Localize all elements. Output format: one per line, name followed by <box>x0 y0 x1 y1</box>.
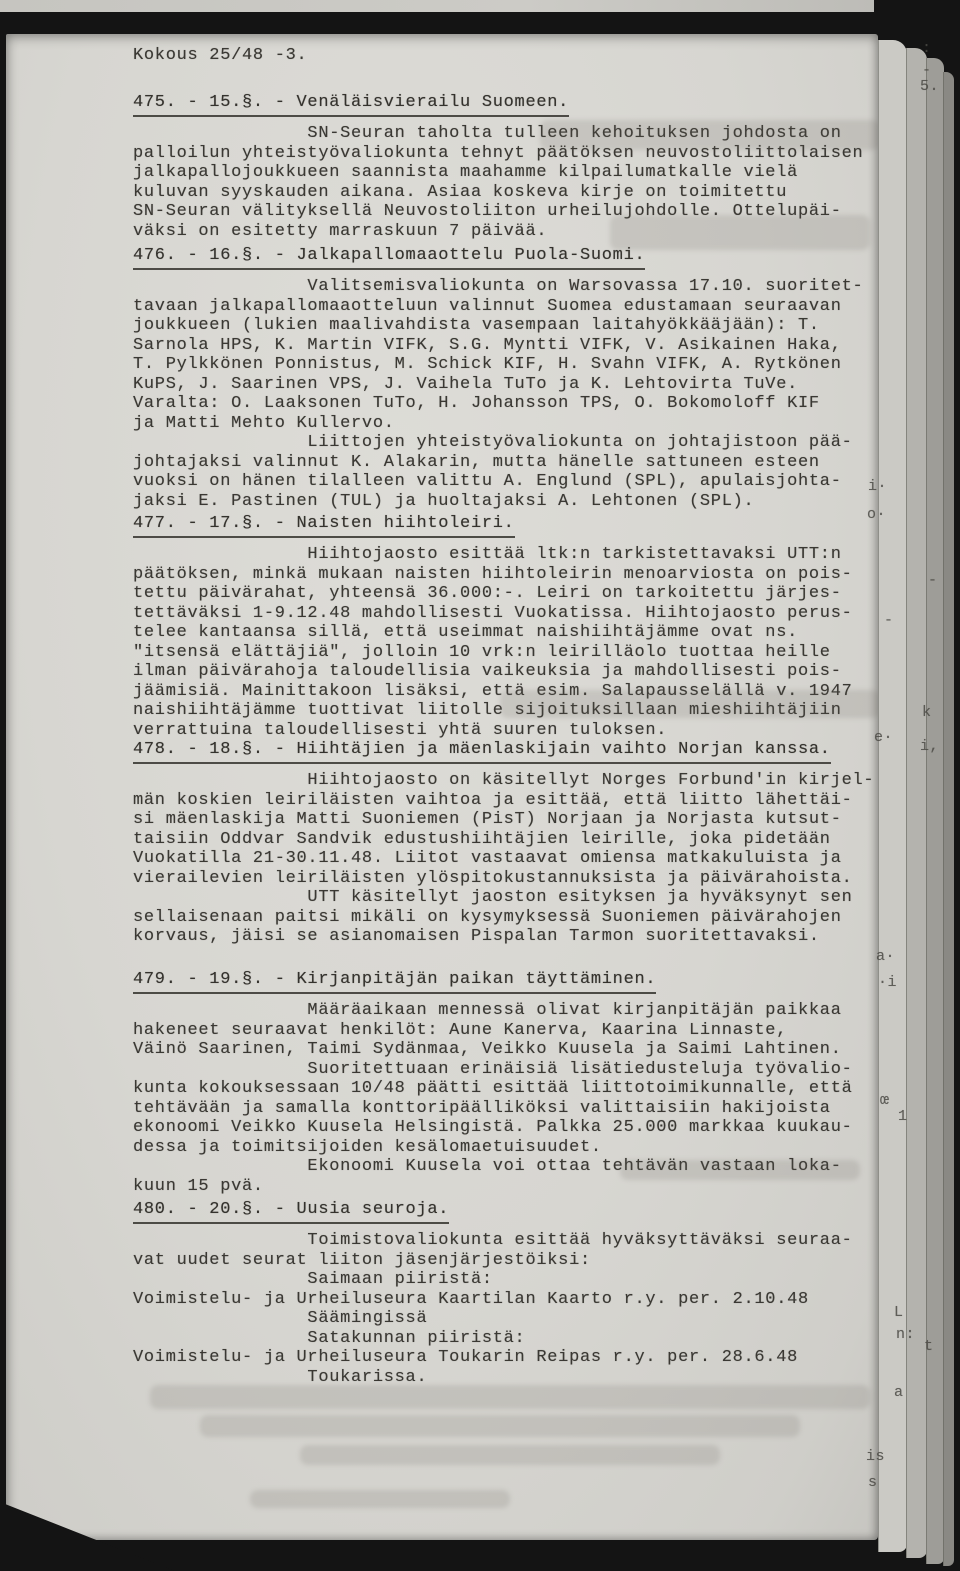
section-body: Hiihtojaosto on käsitellyt Norges Forbun… <box>133 771 881 947</box>
section-heading-text: 480. - 20.§. - Uusia seuroja. <box>133 1200 449 1224</box>
section-476-jalkapallomaaottelu: 476. - 16.§. - Jalkapallomaaottelu Puola… <box>133 246 881 511</box>
section-heading-text: 478. - 18.§. - Hiihtäjien ja mäenlaskija… <box>133 740 831 764</box>
edge-text-fragment: - <box>928 572 938 589</box>
section-heading: 478. - 18.§. - Hiihtäjien ja mäenlaskija… <box>133 740 881 764</box>
scanned-minutes-page: Kokous 25/48 -3. 475. - 15.§. - Venäläis… <box>0 0 960 1571</box>
edge-text-fragment: 5. <box>920 78 939 95</box>
section-479-kirjanpitajan-paikka: 479. - 19.§. - Kirjanpitäjän paikan täyt… <box>133 970 881 1196</box>
edge-text-fragment: i, <box>920 738 939 755</box>
edge-text-fragment: s <box>868 1474 878 1491</box>
section-heading: 479. - 19.§. - Kirjanpitäjän paikan täyt… <box>133 970 881 994</box>
edge-text-fragment: œ <box>880 1092 890 1109</box>
edge-text-fragment: ·i <box>878 974 897 991</box>
edge-text-fragment: n: <box>896 1326 915 1343</box>
edge-text-fragment: a <box>894 1384 904 1401</box>
document-page: Kokous 25/48 -3. 475. - 15.§. - Venäläis… <box>6 34 878 1540</box>
edge-text-fragment: k <box>922 704 932 721</box>
edge-text-fragment: o· <box>867 506 886 523</box>
section-heading-text: 476. - 16.§. - Jalkapallomaaottelu Puola… <box>133 246 645 270</box>
section-heading-text: 475. - 15.§. - Venäläisvierailu Suomeen. <box>133 93 569 117</box>
section-heading-text: 479. - 19.§. - Kirjanpitäjän paikan täyt… <box>133 970 656 994</box>
section-478-hiihtajien-vaihto: 478. - 18.§. - Hiihtäjien ja mäenlaskija… <box>133 740 881 947</box>
section-body: Valitsemisvaliokunta on Warsovassa 17.10… <box>133 277 881 511</box>
bleed-through-artifact <box>250 1490 510 1508</box>
edge-text-fragment: 1 <box>898 1108 908 1125</box>
edge-text-fragment: L <box>894 1304 904 1321</box>
bleed-through-artifact <box>300 1445 720 1465</box>
edge-text-fragment: a· <box>876 948 895 965</box>
section-475-venalaisvierailu: 475. - 15.§. - Venäläisvierailu Suomeen.… <box>133 93 881 241</box>
section-heading: 475. - 15.§. - Venäläisvierailu Suomeen. <box>133 93 881 117</box>
bleed-through-artifact <box>200 1415 800 1437</box>
page-header: Kokous 25/48 -3. <box>133 46 307 65</box>
section-480-uusia-seuroja: 480. - 20.§. - Uusia seuroja. Toimistova… <box>133 1200 881 1387</box>
edge-text-fragment: is <box>866 1448 885 1465</box>
section-heading-text: 477. - 17.§. - Naisten hiihtoleiri. <box>133 514 515 538</box>
edge-text-fragment: : <box>922 40 932 57</box>
edge-text-fragment: e· <box>874 729 893 746</box>
section-heading: 480. - 20.§. - Uusia seuroja. <box>133 1200 881 1224</box>
page-stack-edge <box>943 72 954 1566</box>
section-heading: 476. - 16.§. - Jalkapallomaaottelu Puola… <box>133 246 881 270</box>
edge-text-fragment: - <box>884 612 894 629</box>
adjacent-page-edge-top <box>0 0 874 12</box>
section-body: Määräaikaan mennessä olivat kirjanpitäjä… <box>133 1001 881 1196</box>
section-body: Toimistovaliokunta esittää hyväksyttäväk… <box>133 1231 881 1387</box>
section-body: Hiihtojaosto esittää ltk:n tarkistettava… <box>133 545 881 740</box>
section-heading: 477. - 17.§. - Naisten hiihtoleiri. <box>133 514 881 538</box>
edge-text-fragment: i· <box>868 478 887 495</box>
edge-text-fragment: - <box>922 62 932 79</box>
section-477-naisten-hiihtoleiri: 477. - 17.§. - Naisten hiihtoleiri. Hiih… <box>133 514 881 740</box>
section-body: SN-Seuran taholta tulleen kehoituksen jo… <box>133 124 881 241</box>
edge-text-fragment: t <box>924 1338 934 1355</box>
bleed-through-artifact <box>150 1385 870 1409</box>
